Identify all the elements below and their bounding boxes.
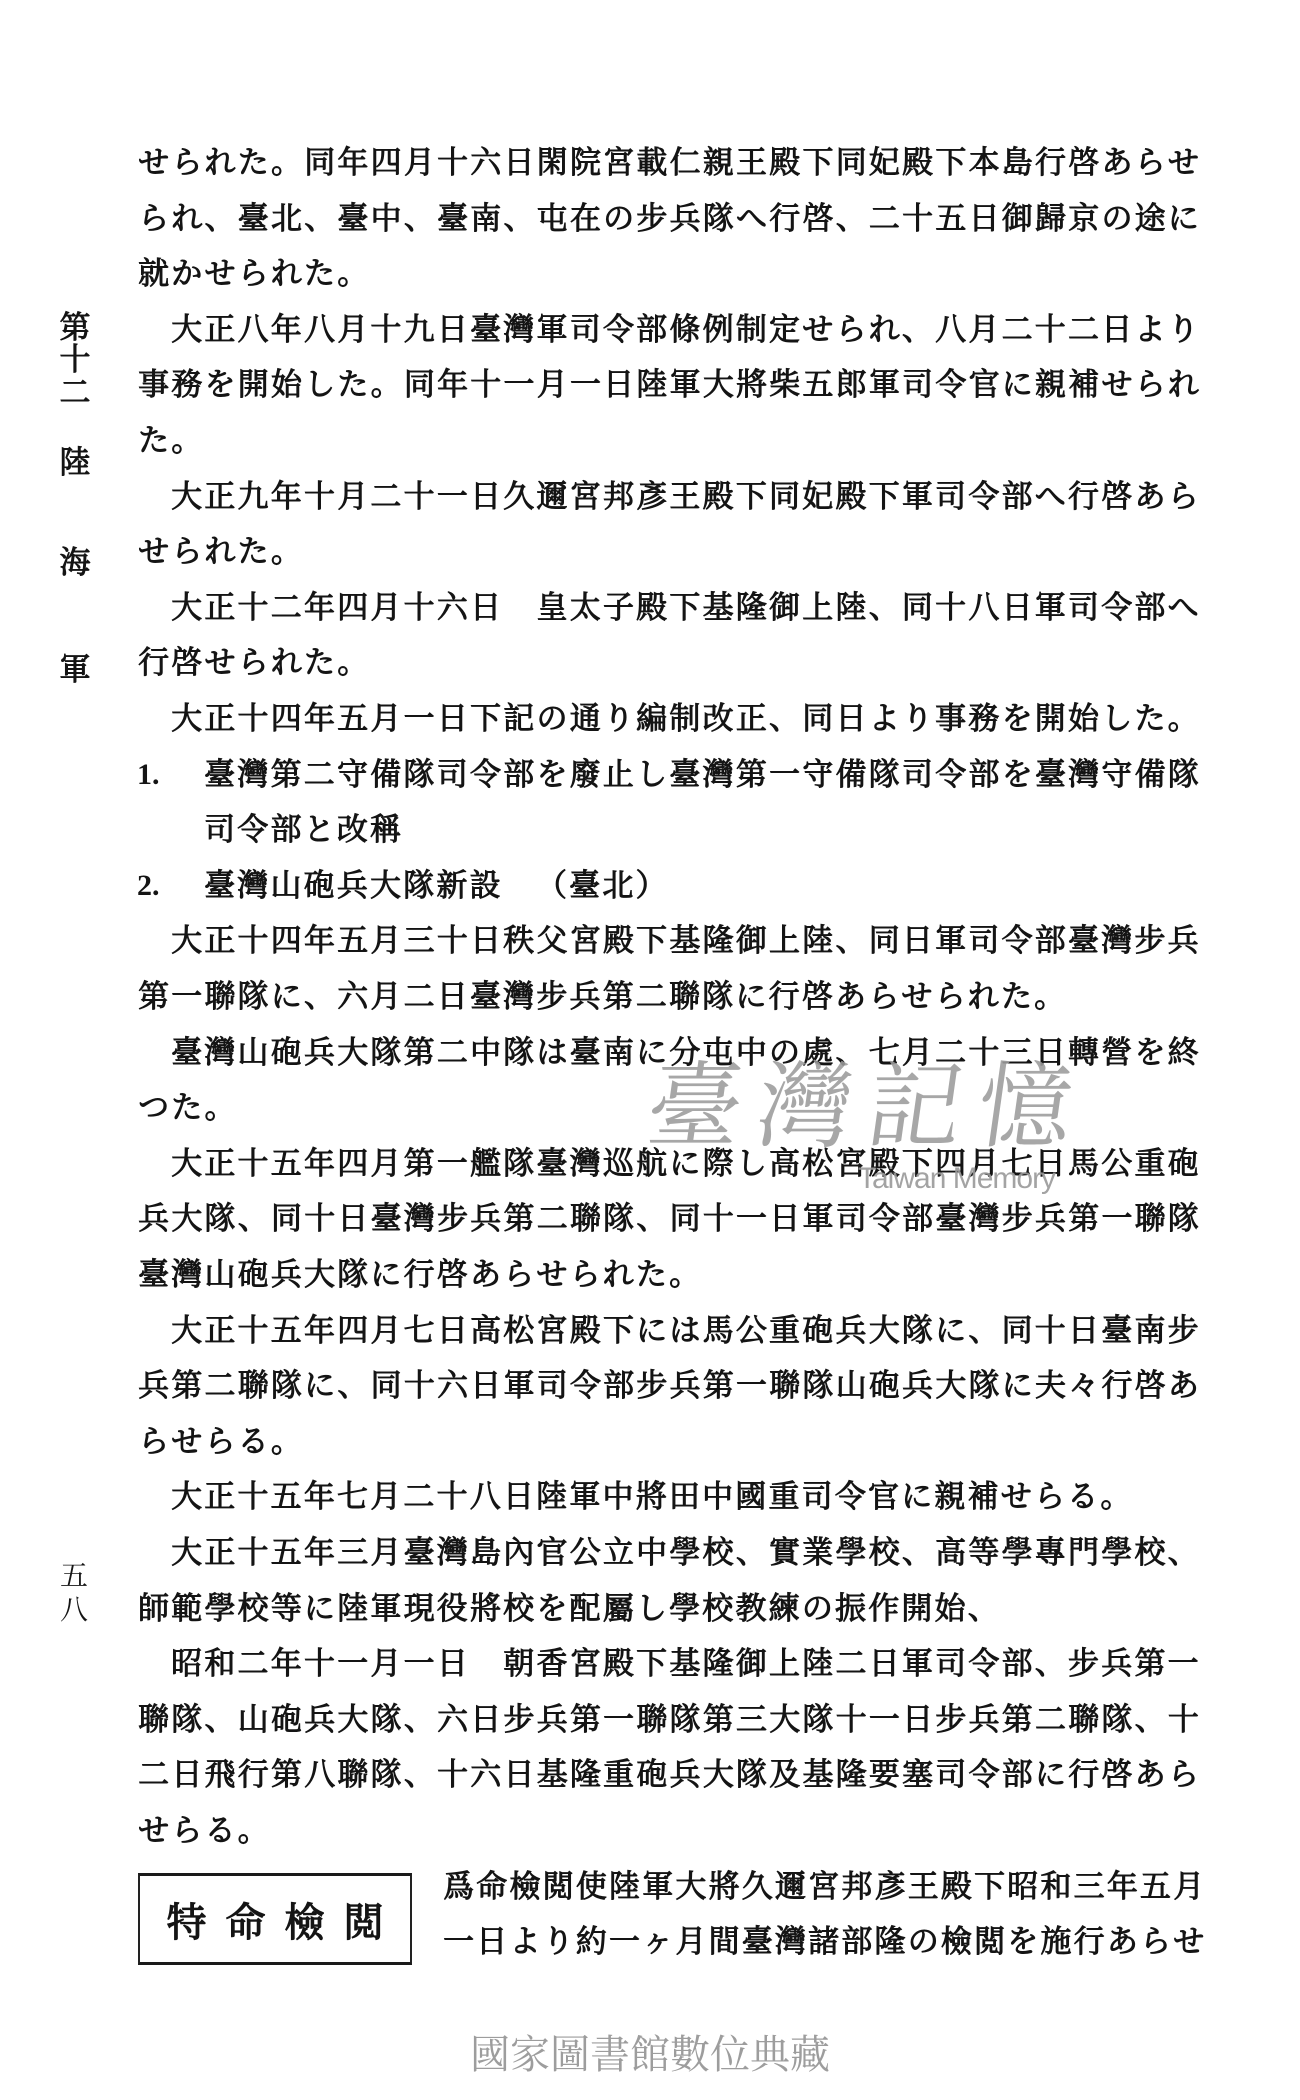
glyph: 砲 xyxy=(1167,1144,1200,1184)
glyph: 國 xyxy=(734,1477,767,1517)
glyph: 十 xyxy=(436,1755,469,1795)
glyph: 校 xyxy=(502,1589,535,1629)
glyph: 隊 xyxy=(402,755,435,795)
glyph: 和 xyxy=(203,1644,236,1684)
glyph: 御 xyxy=(735,921,768,961)
glyph: 改 xyxy=(702,699,735,739)
glyph: 日 xyxy=(436,1311,469,1351)
glyph: 部 xyxy=(901,1199,934,1239)
glyph: 臺 xyxy=(403,1533,436,1573)
glyph: 行 xyxy=(1067,477,1100,517)
glyph: 部 xyxy=(1000,1644,1033,1684)
glyph: 檢 xyxy=(508,1867,541,1907)
glyph: よ xyxy=(508,1922,541,1962)
section-title-char: 軍 xyxy=(57,653,93,687)
list-marker: 2. xyxy=(137,866,160,906)
glyph: 月 xyxy=(336,477,369,517)
glyph: 使 xyxy=(575,1867,608,1907)
glyph: 途 xyxy=(1134,199,1167,239)
glyph: せ xyxy=(900,977,933,1017)
glyph: 二 xyxy=(236,1644,269,1684)
glyph: を xyxy=(535,755,568,795)
glyph: 妃 xyxy=(801,477,834,517)
glyph: 第 xyxy=(502,1199,535,1239)
glyph: 聯 xyxy=(336,1755,369,1795)
glyph: し xyxy=(635,755,668,795)
glyph: 基 xyxy=(668,921,701,961)
glyph: 隊 xyxy=(1167,1199,1200,1239)
glyph: 。 xyxy=(336,254,369,294)
glyph: 月 xyxy=(674,1922,707,1962)
glyph: 基 xyxy=(668,1644,701,1684)
glyph: 年 xyxy=(270,1644,303,1684)
glyph: 年 xyxy=(1106,1867,1139,1907)
glyph: 仁 xyxy=(669,143,702,183)
glyph: 臺 xyxy=(336,199,369,239)
glyph: 軍 xyxy=(901,477,934,517)
glyph: 隊 xyxy=(669,1700,702,1740)
glyph: 日 xyxy=(469,1700,502,1740)
glyph: に xyxy=(1001,365,1034,405)
glyph: 十 xyxy=(934,588,967,628)
glyph: 北 xyxy=(601,866,634,906)
glyph: 田 xyxy=(668,1477,701,1517)
glyph: 一 xyxy=(1167,1644,1200,1684)
glyph: 隊 xyxy=(701,977,734,1017)
glyph: に xyxy=(303,1589,336,1629)
glyph: 檢 xyxy=(940,1922,973,1962)
glyph: 範 xyxy=(170,1589,203,1629)
glyph: 二 xyxy=(834,1644,867,1684)
glyph: 四 xyxy=(336,1144,369,1184)
glyph: 臺 xyxy=(469,310,502,350)
glyph: 同 xyxy=(370,1366,403,1406)
glyph: 中 xyxy=(370,199,403,239)
glyph: 年 xyxy=(303,1533,336,1573)
glyph: 公 xyxy=(569,1533,602,1573)
glyph: 十 xyxy=(403,1366,436,1406)
glyph: 守 xyxy=(336,755,369,795)
glyph: せ xyxy=(137,532,170,572)
glyph: 月 xyxy=(1172,1867,1205,1907)
glyph: 艦 xyxy=(469,1144,502,1184)
glyph: 一 xyxy=(602,1700,635,1740)
glyph: 大 xyxy=(868,1311,901,1351)
glyph: 隊 xyxy=(370,1755,403,1795)
glyph: 屯 xyxy=(536,199,569,239)
glyph: 作 xyxy=(867,1589,900,1629)
glyph: 隆 xyxy=(702,921,735,961)
glyph: 日 xyxy=(868,1644,901,1684)
glyph: 灣 xyxy=(436,1533,469,1573)
glyph: 同 xyxy=(801,699,834,739)
glyph: れ xyxy=(203,143,236,183)
glyph: 兵 xyxy=(1034,1199,1067,1239)
glyph: る xyxy=(237,1422,270,1462)
glyph: に xyxy=(900,1477,933,1517)
glyph: 四 xyxy=(336,1311,369,1351)
glyph: 隊 xyxy=(270,1366,303,1406)
glyph: 御 xyxy=(735,1644,768,1684)
glyph: 兵 xyxy=(669,1366,702,1406)
glyph: 第 xyxy=(702,1366,735,1406)
glyph: 、 xyxy=(735,1533,768,1573)
glyph: 上 xyxy=(768,1644,801,1684)
glyph: 配 xyxy=(568,1589,601,1629)
glyph: 施 xyxy=(1039,1922,1072,1962)
glyph: せ xyxy=(1000,1477,1033,1517)
glyph: ら xyxy=(1167,1755,1200,1795)
glyph: 山 xyxy=(236,1033,269,1073)
glyph: 隊 xyxy=(402,866,435,906)
glyph: 陸 xyxy=(801,921,834,961)
glyph: 行 xyxy=(403,1255,436,1295)
glyph: 大 xyxy=(702,1755,735,1795)
glyph: 大 xyxy=(170,1477,203,1517)
glyph: 廢 xyxy=(569,755,602,795)
glyph: 令 xyxy=(236,810,269,850)
glyph: 通 xyxy=(569,699,602,739)
glyph: 學 xyxy=(1100,1533,1133,1573)
glyph: 記 xyxy=(502,699,535,739)
glyph: か xyxy=(170,254,203,294)
glyph: 六 xyxy=(469,143,502,183)
text-line: 事務を開始した。同年十一月一日陸軍大將柴五郎軍司令官に親補せられ xyxy=(137,365,1200,405)
glyph: 閑 xyxy=(536,143,569,183)
glyph: 。 xyxy=(237,1811,270,1851)
glyph: る xyxy=(203,1811,236,1851)
glyph: 軍 xyxy=(568,1477,601,1517)
glyph: 上 xyxy=(801,588,834,628)
glyph: 將 xyxy=(735,365,768,405)
glyph: 、 xyxy=(336,1366,369,1406)
glyph: へ xyxy=(1167,588,1200,628)
glyph: 二 xyxy=(402,1477,435,1517)
glyph: 砲 xyxy=(237,1255,270,1295)
glyph: 步 xyxy=(535,977,568,1017)
glyph: 兵 xyxy=(303,1700,336,1740)
glyph: 步 xyxy=(934,1700,967,1740)
glyph: 臺 xyxy=(237,199,270,239)
glyph: 十 xyxy=(236,1477,269,1517)
glyph: 中 xyxy=(601,1477,634,1517)
glyph: 隆 xyxy=(873,1922,906,1962)
glyph: 命 xyxy=(475,1867,508,1907)
paragraph-start-line: 大正十四年五月三十日秩父宮殿下基隆御上陸、同日軍司令部臺灣步兵 xyxy=(170,921,1200,961)
glyph: 宮 xyxy=(602,143,635,183)
glyph: 第 xyxy=(702,1700,735,1740)
glyph: 日 xyxy=(502,1755,535,1795)
glyph: り xyxy=(602,699,635,739)
section-title-char: 海 xyxy=(57,546,93,580)
glyph: 大 xyxy=(170,921,203,961)
glyph: 。 xyxy=(270,1422,303,1462)
glyph: 改 xyxy=(336,810,369,850)
glyph: 殿 xyxy=(901,143,934,183)
glyph: 臺 xyxy=(568,866,601,906)
glyph: 御 xyxy=(768,588,801,628)
glyph: 八 xyxy=(303,310,336,350)
glyph: 第 xyxy=(270,1755,303,1795)
glyph: 京 xyxy=(1067,199,1100,239)
glyph: 父 xyxy=(535,921,568,961)
glyph: 等 xyxy=(967,1533,1000,1573)
glyph: 月 xyxy=(403,143,436,183)
glyph: 兵 xyxy=(834,1311,867,1351)
glyph: 內 xyxy=(502,1533,535,1573)
glyph: 終 xyxy=(1167,1033,1200,1073)
glyph: 務 xyxy=(170,365,203,405)
glyph: 兵 xyxy=(568,977,601,1017)
glyph: 一 xyxy=(735,1366,768,1406)
glyph: 聯 xyxy=(635,1700,668,1740)
glyph: 令 xyxy=(602,310,635,350)
glyph: 下 xyxy=(973,1867,1006,1907)
glyph: 開 xyxy=(237,365,270,405)
glyph: 補 xyxy=(1067,365,1100,405)
glyph: た xyxy=(1000,977,1033,1017)
glyph: 、 xyxy=(635,1199,668,1239)
paragraph-start-line: 大正十五年七月二十八日陸軍中將田中國重司令官に親補せらる。 xyxy=(170,1477,1200,1517)
glyph: 軍 xyxy=(1034,588,1067,628)
glyph: せ xyxy=(203,254,236,294)
glyph: 昭 xyxy=(1006,1867,1039,1907)
glyph: 始 xyxy=(1067,699,1100,739)
glyph: 山 xyxy=(269,866,302,906)
glyph: 、 xyxy=(835,199,868,239)
glyph: に xyxy=(1001,1366,1034,1406)
glyph: 兵 xyxy=(137,1366,170,1406)
glyph: 月 xyxy=(369,1144,402,1184)
glyph: 灣 xyxy=(774,1922,807,1962)
glyph: 年 xyxy=(303,1477,336,1517)
glyph: 日 xyxy=(502,1477,535,1517)
glyph: 隊 xyxy=(602,1199,635,1239)
glyph: 部 xyxy=(1133,588,1166,628)
glyph: 二 xyxy=(137,1755,170,1795)
glyph: に xyxy=(1034,1755,1067,1795)
glyph: 九 xyxy=(236,477,269,517)
glyph: 屬 xyxy=(602,1589,635,1629)
glyph: 朝 xyxy=(502,1644,535,1684)
glyph: 一 xyxy=(436,1144,469,1184)
glyph: 日 xyxy=(469,477,502,517)
glyph: 立 xyxy=(602,1533,635,1573)
footer-credit: 國家圖書館數位典藏 xyxy=(0,2030,1300,2080)
glyph: 。 xyxy=(1099,1477,1132,1517)
glyph: 四 xyxy=(336,588,369,628)
glyph: 聯 xyxy=(768,1366,801,1406)
glyph: を xyxy=(1133,1033,1166,1073)
glyph: 將 xyxy=(635,1477,668,1517)
glyph: 日 xyxy=(1100,310,1133,350)
glyph: 隊 xyxy=(967,1366,1000,1406)
glyph: 隊 xyxy=(702,199,735,239)
glyph: 聯 xyxy=(237,1366,270,1406)
glyph: 五 xyxy=(270,1311,303,1351)
glyph: 下 xyxy=(635,1644,668,1684)
glyph: 十 xyxy=(469,365,502,405)
glyph: 二 xyxy=(369,477,402,517)
glyph: ら xyxy=(237,643,270,683)
glyph: 振 xyxy=(834,1589,867,1629)
glyph: 、 xyxy=(868,588,901,628)
glyph: 。 xyxy=(270,143,303,183)
glyph: 同 xyxy=(403,365,436,405)
glyph: 大 xyxy=(369,866,402,906)
glyph: 正 xyxy=(203,1311,236,1351)
glyph: 月 xyxy=(369,977,402,1017)
glyph: 隊 xyxy=(370,1700,403,1740)
glyph: せ xyxy=(170,1422,203,1462)
glyph: 守 xyxy=(1100,755,1133,795)
glyph: 十 xyxy=(403,588,436,628)
glyph: 司 xyxy=(436,755,469,795)
glyph: 二 xyxy=(203,1366,236,1406)
glyph: 一 xyxy=(170,977,203,1017)
glyph: 十 xyxy=(303,1199,336,1239)
glyph: 、 xyxy=(901,1533,934,1573)
glyph: 大 xyxy=(336,1700,369,1740)
glyph: し xyxy=(303,365,336,405)
text-line: 兵大隊、同十日臺灣步兵第二聯隊、同十一日軍司令部臺灣步兵第一聯隊 xyxy=(137,1199,1200,1239)
glyph: 同 xyxy=(1000,1311,1033,1351)
glyph: 隊 xyxy=(801,1700,834,1740)
glyph: 正 xyxy=(203,921,236,961)
glyph: 大 xyxy=(170,588,203,628)
glyph: 第 xyxy=(735,755,768,795)
glyph: 王 xyxy=(907,1867,940,1907)
glyph: 日 xyxy=(436,310,469,350)
glyph: 十 xyxy=(236,699,269,739)
glyph: ら xyxy=(502,1255,535,1295)
glyph: 步 xyxy=(1067,1644,1100,1684)
glyph xyxy=(469,1644,502,1684)
glyph: 二 xyxy=(403,977,436,1017)
glyph: 中 xyxy=(701,1477,734,1517)
glyph: 殿 xyxy=(940,1867,973,1907)
list-item-line: 臺灣山砲兵大隊新設 （臺北） xyxy=(203,866,1200,906)
glyph: 十 xyxy=(236,1311,269,1351)
section-marker-char: 十 xyxy=(57,343,93,377)
glyph: 二 xyxy=(303,755,336,795)
glyph: 親 xyxy=(1034,365,1067,405)
glyph: 下 xyxy=(868,477,901,517)
glyph: 門 xyxy=(1067,1533,1100,1573)
glyph: 松 xyxy=(502,1311,535,1351)
glyph: 、 xyxy=(237,1199,270,1239)
glyph: 砲 xyxy=(868,1366,901,1406)
glyph: 大 xyxy=(170,1144,203,1184)
glyph: の xyxy=(801,1589,834,1629)
glyph: 月 xyxy=(369,921,402,961)
glyph: 彥 xyxy=(873,1867,906,1907)
glyph: 隊 xyxy=(735,1755,768,1795)
glyph: 四 xyxy=(270,921,303,961)
glyph: 三 xyxy=(735,1700,768,1740)
glyph: 北 xyxy=(270,199,303,239)
glyph: 司 xyxy=(801,1477,834,1517)
boxed-note-line: 爲命檢閲使陸軍大將久邇宮邦彥王殿下昭和三年五月 xyxy=(442,1867,1200,1907)
glyph: 步 xyxy=(502,1700,535,1740)
glyph: 定 xyxy=(768,310,801,350)
glyph: 兵 xyxy=(336,866,369,906)
glyph: 八 xyxy=(967,588,1000,628)
glyph: 邇 xyxy=(774,1867,807,1907)
glyph: ら xyxy=(934,977,967,1017)
glyph: 五 xyxy=(270,1477,303,1517)
glyph: 及 xyxy=(768,1755,801,1795)
glyph: 月 xyxy=(369,1477,402,1517)
glyph: 日 xyxy=(768,1199,801,1239)
glyph: 役 xyxy=(436,1589,469,1629)
glyph: 學 xyxy=(668,1533,701,1573)
glyph: 臺 xyxy=(436,199,469,239)
glyph: 八 xyxy=(303,1755,336,1795)
glyph: 陸 xyxy=(535,1477,568,1517)
glyph: 閲 xyxy=(973,1922,1006,1962)
glyph: 月 xyxy=(336,310,369,350)
glyph: た xyxy=(1133,699,1166,739)
glyph: ら xyxy=(137,1422,170,1462)
glyph: る xyxy=(1066,1477,1099,1517)
glyph: 制 xyxy=(735,310,768,350)
glyph: 啓 xyxy=(1100,1755,1133,1795)
glyph: 下 xyxy=(668,588,701,628)
glyph: ら xyxy=(568,1255,601,1295)
glyph: あ xyxy=(1133,477,1166,517)
glyph: 聯 xyxy=(203,977,236,1017)
glyph: 新 xyxy=(435,866,468,906)
glyph: 一 xyxy=(436,477,469,517)
glyph: 中 xyxy=(635,1533,668,1573)
glyph: あ xyxy=(834,977,867,1017)
glyph: 日 xyxy=(436,977,469,1017)
glyph: 隊 xyxy=(170,1700,203,1740)
glyph: 灣 xyxy=(702,755,735,795)
glyph: 部 xyxy=(1000,477,1033,517)
glyph: は xyxy=(535,1033,568,1073)
glyph: 學 xyxy=(203,1589,236,1629)
glyph: へ xyxy=(1034,477,1067,517)
glyph: 八 xyxy=(934,310,967,350)
glyph: り xyxy=(901,699,934,739)
glyph: 兵 xyxy=(469,1199,502,1239)
glyph: 業 xyxy=(801,1533,834,1573)
glyph: に xyxy=(1167,199,1200,239)
text-line: 二日飛行第八聯隊、十六日基隆重砲兵大隊及基隆要塞司令部に行啓あら xyxy=(137,1755,1200,1795)
glyph: 正 xyxy=(203,477,236,517)
glyph: 宮 xyxy=(535,1311,568,1351)
glyph: 南 xyxy=(1133,1311,1166,1351)
glyph: 要 xyxy=(868,1755,901,1795)
glyph: 大 xyxy=(170,699,203,739)
glyph: 日 xyxy=(436,699,469,739)
glyph: 日 xyxy=(469,1366,502,1406)
glyph: 軍 xyxy=(641,1867,674,1907)
glyph: 務 xyxy=(967,699,1000,739)
glyph: 正 xyxy=(203,1533,236,1573)
glyph: 同 xyxy=(901,588,934,628)
glyph: 軍 xyxy=(669,365,702,405)
glyph: れ xyxy=(203,532,236,572)
glyph: 飛 xyxy=(203,1755,236,1795)
glyph: 。 xyxy=(668,1255,701,1295)
glyph: 日 xyxy=(1000,588,1033,628)
glyph: 軍 xyxy=(801,1199,834,1239)
glyph: 下 xyxy=(635,921,668,961)
glyph: 砲 xyxy=(270,1700,303,1740)
